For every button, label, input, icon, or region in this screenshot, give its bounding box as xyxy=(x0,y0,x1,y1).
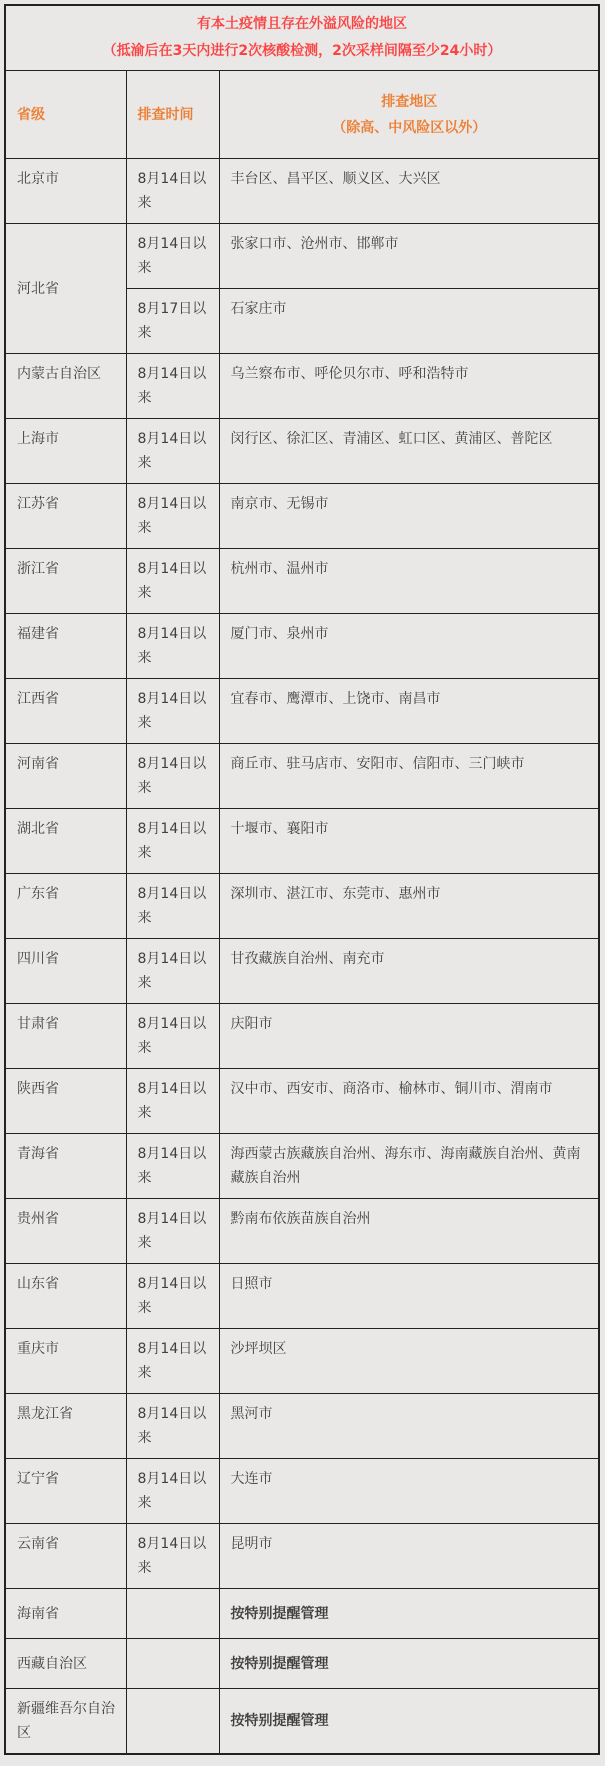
table-row: 辽宁省8月14日以来大连市 xyxy=(5,1459,599,1524)
table-row: 青海省8月14日以来海西蒙古族藏族自治州、海东市、海南藏族自治州、黄南藏族自治州 xyxy=(5,1134,599,1199)
title-line-1: 有本土疫情且存在外溢风险的地区 xyxy=(12,11,592,38)
table-row: 四川省8月14日以来甘孜藏族自治州、南充市 xyxy=(5,939,599,1004)
province-cell: 新疆维吾尔自治区 xyxy=(5,1689,126,1755)
time-cell: 8月14日以来 xyxy=(126,1329,219,1394)
province-cell: 贵州省 xyxy=(5,1199,126,1264)
time-cell xyxy=(126,1689,219,1755)
area-cell: 按特别提醒管理 xyxy=(219,1639,599,1689)
table-row: 山东省8月14日以来日照市 xyxy=(5,1264,599,1329)
header-row: 省级 排查时间 排查地区 （除高、中风险区以外） xyxy=(5,71,599,159)
risk-area-table: 有本土疫情且存在外溢风险的地区 （抵渝后在3天内进行2次核酸检测，2次采样间隔至… xyxy=(4,4,600,1755)
table-row: 福建省8月14日以来厦门市、泉州市 xyxy=(5,614,599,679)
time-cell: 8月14日以来 xyxy=(126,744,219,809)
table-row: 甘肃省8月14日以来庆阳市 xyxy=(5,1004,599,1069)
province-cell: 辽宁省 xyxy=(5,1459,126,1524)
table-row: 西藏自治区按特别提醒管理 xyxy=(5,1639,599,1689)
table-row: 内蒙古自治区8月14日以来乌兰察布市、呼伦贝尔市、呼和浩特市 xyxy=(5,354,599,419)
area-cell: 按特别提醒管理 xyxy=(219,1589,599,1639)
table-row: 江西省8月14日以来宜春市、鹰潭市、上饶市、南昌市 xyxy=(5,679,599,744)
province-cell: 云南省 xyxy=(5,1524,126,1589)
province-cell: 河南省 xyxy=(5,744,126,809)
table-row: 湖北省8月14日以来十堰市、襄阳市 xyxy=(5,809,599,874)
province-cell: 内蒙古自治区 xyxy=(5,354,126,419)
area-cell: 昆明市 xyxy=(219,1524,599,1589)
province-cell: 四川省 xyxy=(5,939,126,1004)
area-cell: 深圳市、湛江市、东莞市、惠州市 xyxy=(219,874,599,939)
province-cell: 重庆市 xyxy=(5,1329,126,1394)
province-cell: 江西省 xyxy=(5,679,126,744)
province-cell: 青海省 xyxy=(5,1134,126,1199)
province-cell: 陕西省 xyxy=(5,1069,126,1134)
time-cell: 8月17日以来 xyxy=(126,289,219,354)
area-cell: 大连市 xyxy=(219,1459,599,1524)
time-cell: 8月14日以来 xyxy=(126,484,219,549)
province-cell: 上海市 xyxy=(5,419,126,484)
time-cell: 8月14日以来 xyxy=(126,1069,219,1134)
table-row: 河北省8月14日以来张家口市、沧州市、邯郸市 xyxy=(5,224,599,289)
province-cell: 江苏省 xyxy=(5,484,126,549)
area-cell: 乌兰察布市、呼伦贝尔市、呼和浩特市 xyxy=(219,354,599,419)
province-cell: 山东省 xyxy=(5,1264,126,1329)
area-cell: 按特别提醒管理 xyxy=(219,1689,599,1755)
table-body: 北京市8月14日以来丰台区、昌平区、顺义区、大兴区河北省8月14日以来张家口市、… xyxy=(5,159,599,1755)
time-cell: 8月14日以来 xyxy=(126,159,219,224)
col-header-area-line-2: （除高、中风险区以外） xyxy=(231,115,589,141)
time-cell: 8月14日以来 xyxy=(126,1199,219,1264)
table-row: 江苏省8月14日以来南京市、无锡市 xyxy=(5,484,599,549)
area-cell: 闵行区、徐汇区、青浦区、虹口区、黄浦区、普陀区 xyxy=(219,419,599,484)
area-cell: 海西蒙古族藏族自治州、海东市、海南藏族自治州、黄南藏族自治州 xyxy=(219,1134,599,1199)
table-row: 河南省8月14日以来商丘市、驻马店市、安阳市、信阳市、三门峡市 xyxy=(5,744,599,809)
time-cell xyxy=(126,1639,219,1689)
province-cell: 浙江省 xyxy=(5,549,126,614)
province-cell: 海南省 xyxy=(5,1589,126,1639)
area-cell: 甘孜藏族自治州、南充市 xyxy=(219,939,599,1004)
time-cell: 8月14日以来 xyxy=(126,1264,219,1329)
table-row: 贵州省8月14日以来黔南布依族苗族自治州 xyxy=(5,1199,599,1264)
area-cell: 南京市、无锡市 xyxy=(219,484,599,549)
area-cell: 黔南布依族苗族自治州 xyxy=(219,1199,599,1264)
col-header-time: 排查时间 xyxy=(126,71,219,159)
province-cell: 福建省 xyxy=(5,614,126,679)
time-cell: 8月14日以来 xyxy=(126,1004,219,1069)
time-cell: 8月14日以来 xyxy=(126,679,219,744)
time-cell: 8月14日以来 xyxy=(126,1459,219,1524)
title-line-2: （抵渝后在3天内进行2次核酸检测，2次采样间隔至少24小时） xyxy=(12,38,592,65)
area-cell: 商丘市、驻马店市、安阳市、信阳市、三门峡市 xyxy=(219,744,599,809)
table-row: 广东省8月14日以来深圳市、湛江市、东莞市、惠州市 xyxy=(5,874,599,939)
area-cell: 日照市 xyxy=(219,1264,599,1329)
table-row: 海南省按特别提醒管理 xyxy=(5,1589,599,1639)
province-cell: 北京市 xyxy=(5,159,126,224)
area-cell: 宜春市、鹰潭市、上饶市、南昌市 xyxy=(219,679,599,744)
table-row: 北京市8月14日以来丰台区、昌平区、顺义区、大兴区 xyxy=(5,159,599,224)
table-row: 浙江省8月14日以来杭州市、温州市 xyxy=(5,549,599,614)
area-cell: 汉中市、西安市、商洛市、榆林市、铜川市、渭南市 xyxy=(219,1069,599,1134)
time-cell: 8月14日以来 xyxy=(126,419,219,484)
table-row: 新疆维吾尔自治区按特别提醒管理 xyxy=(5,1689,599,1755)
province-cell: 甘肃省 xyxy=(5,1004,126,1069)
time-cell xyxy=(126,1589,219,1639)
time-cell: 8月14日以来 xyxy=(126,1394,219,1459)
title-row: 有本土疫情且存在外溢风险的地区 （抵渝后在3天内进行2次核酸检测，2次采样间隔至… xyxy=(5,5,599,71)
area-cell: 石家庄市 xyxy=(219,289,599,354)
area-cell: 张家口市、沧州市、邯郸市 xyxy=(219,224,599,289)
area-cell: 沙坪坝区 xyxy=(219,1329,599,1394)
time-cell: 8月14日以来 xyxy=(126,224,219,289)
time-cell: 8月14日以来 xyxy=(126,1134,219,1199)
province-cell: 河北省 xyxy=(5,224,126,354)
time-cell: 8月14日以来 xyxy=(126,809,219,874)
table-row: 陕西省8月14日以来汉中市、西安市、商洛市、榆林市、铜川市、渭南市 xyxy=(5,1069,599,1134)
col-header-province: 省级 xyxy=(5,71,126,159)
table-row: 黑龙江省8月14日以来黑河市 xyxy=(5,1394,599,1459)
time-cell: 8月14日以来 xyxy=(126,874,219,939)
col-header-area-line-1: 排查地区 xyxy=(231,89,589,115)
area-cell: 庆阳市 xyxy=(219,1004,599,1069)
time-cell: 8月14日以来 xyxy=(126,939,219,1004)
time-cell: 8月14日以来 xyxy=(126,1524,219,1589)
time-cell: 8月14日以来 xyxy=(126,549,219,614)
province-cell: 广东省 xyxy=(5,874,126,939)
area-cell: 丰台区、昌平区、顺义区、大兴区 xyxy=(219,159,599,224)
table-row: 上海市8月14日以来闵行区、徐汇区、青浦区、虹口区、黄浦区、普陀区 xyxy=(5,419,599,484)
area-cell: 杭州市、温州市 xyxy=(219,549,599,614)
table-title: 有本土疫情且存在外溢风险的地区 （抵渝后在3天内进行2次核酸检测，2次采样间隔至… xyxy=(5,5,599,71)
col-header-area: 排查地区 （除高、中风险区以外） xyxy=(219,71,599,159)
province-cell: 黑龙江省 xyxy=(5,1394,126,1459)
area-cell: 黑河市 xyxy=(219,1394,599,1459)
table-row: 重庆市8月14日以来沙坪坝区 xyxy=(5,1329,599,1394)
province-cell: 西藏自治区 xyxy=(5,1639,126,1689)
time-cell: 8月14日以来 xyxy=(126,614,219,679)
area-cell: 厦门市、泉州市 xyxy=(219,614,599,679)
table-row: 云南省8月14日以来昆明市 xyxy=(5,1524,599,1589)
province-cell: 湖北省 xyxy=(5,809,126,874)
area-cell: 十堰市、襄阳市 xyxy=(219,809,599,874)
time-cell: 8月14日以来 xyxy=(126,354,219,419)
